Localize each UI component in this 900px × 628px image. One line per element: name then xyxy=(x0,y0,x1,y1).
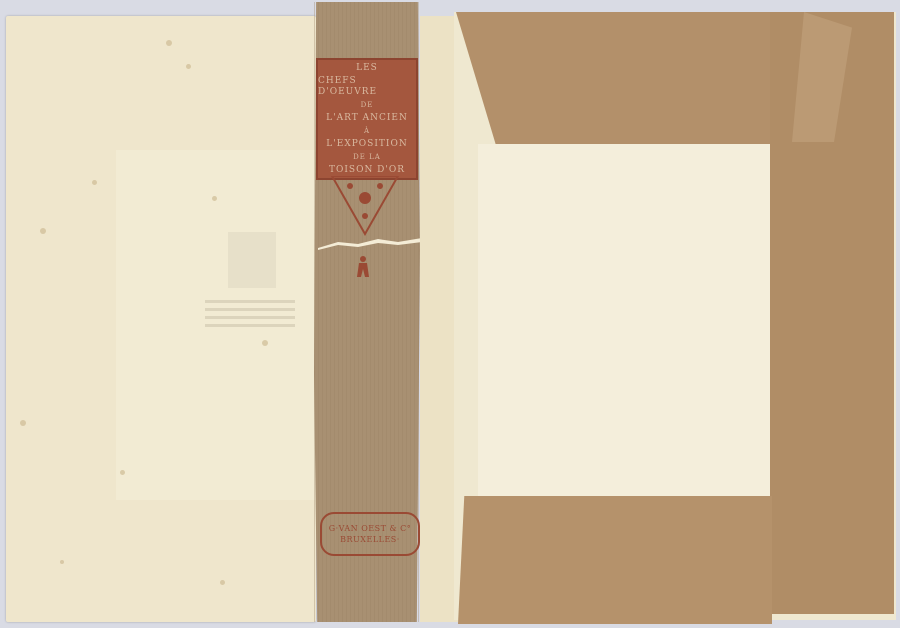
spine-title-line: TOISON D'OR xyxy=(329,165,405,176)
spine-title-line: L'EXPOSITION xyxy=(326,139,407,150)
golden-fleece-icon xyxy=(356,255,370,279)
foxing-spot xyxy=(186,64,191,69)
bottom-flap xyxy=(458,496,772,624)
foxing-spot xyxy=(40,228,46,234)
spine-title-line: LES xyxy=(356,63,378,74)
publisher-cartouche: G·VAN OEST & C° BRUXELLES· xyxy=(320,512,420,556)
inner-cover-window xyxy=(478,144,770,496)
foxing-spot xyxy=(20,420,26,426)
foxing-spot xyxy=(166,40,172,46)
foxing-spot xyxy=(92,180,97,185)
publisher-city: BRUXELLES· xyxy=(340,534,400,545)
top-flap xyxy=(456,12,816,144)
spine-title-panel: LES CHEFS D'OEUVRE DE L'ART ANCIEN À L'E… xyxy=(316,58,418,180)
spine-ornament-icon xyxy=(330,176,400,236)
foxing-spot xyxy=(220,580,225,585)
show-through-vignette xyxy=(228,232,276,288)
spine-tear xyxy=(318,236,422,250)
foxing-spot xyxy=(120,470,125,475)
show-through-text xyxy=(205,300,295,360)
spine-title-line: L'ART ANCIEN xyxy=(326,113,408,124)
spine-title-line: CHEFS D'OEUVRE xyxy=(318,76,416,98)
gutter-strip xyxy=(420,16,458,622)
publisher-name: G·VAN OEST & C° xyxy=(329,523,412,534)
foxing-spot xyxy=(262,340,268,346)
foxing-spot xyxy=(212,196,217,201)
foxing-spot xyxy=(60,560,64,564)
spine-title-line: DE LA xyxy=(353,152,381,163)
spine-title-line: À xyxy=(364,126,370,137)
spine-title-line: DE xyxy=(361,100,374,111)
